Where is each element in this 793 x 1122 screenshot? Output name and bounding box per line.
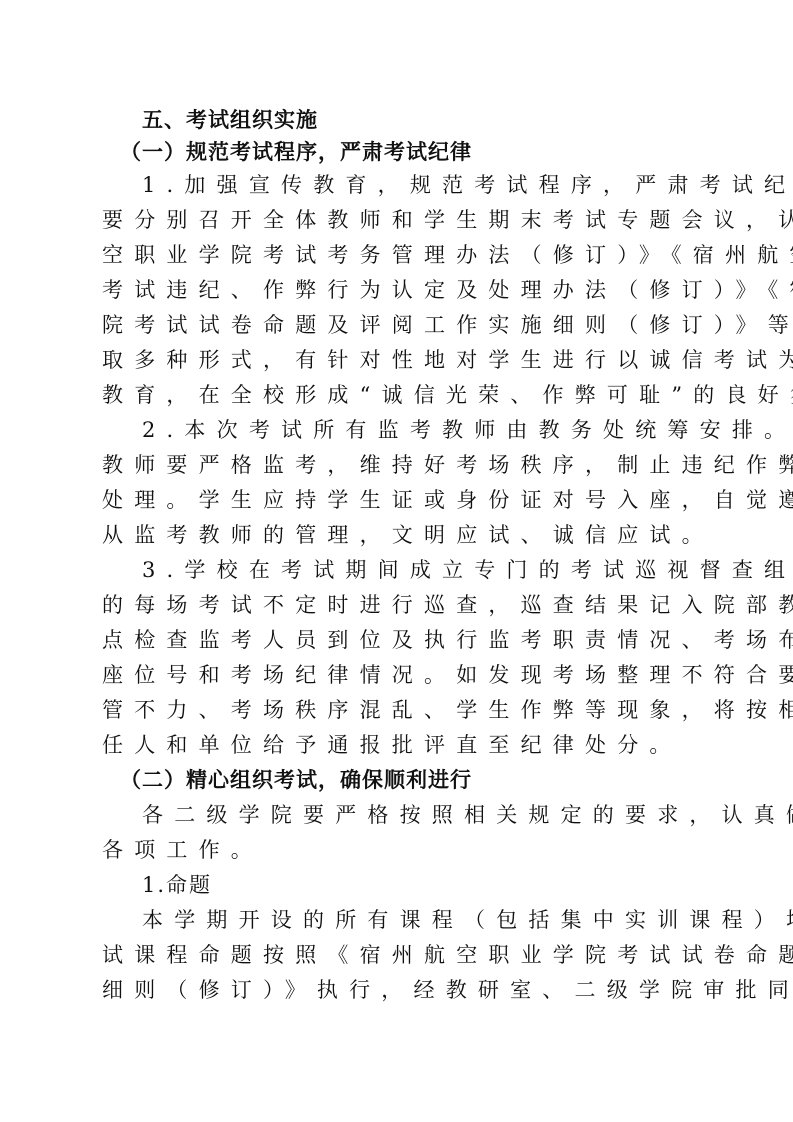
intro-line: 各项工作。	[102, 833, 263, 868]
intro-line: 各二级学院要严格按照相关规定的要求，认真做好期末考试的	[142, 798, 793, 833]
paragraph-3-line: 的每场考试不定时进行巡查，巡查结果记入院部教学质量考评。重	[102, 588, 793, 623]
paragraph-2-line: 2.本次考试所有监考教师由教务处统筹安排。考试期间，监考	[142, 413, 793, 448]
paragraph-1-line: 考试违纪、作弊行为认定及处理办法（修订）》《宿州航空职业学	[102, 273, 793, 308]
section-title: 五、考试组织实施	[142, 103, 318, 138]
paragraph-1-line: 教育，在全校形成“诚信光荣、作弊可耻”的良好氛围。	[102, 378, 793, 413]
paragraph-3-line: 管不力、考场秩序混乱、学生作弊等现象，将按相关规定对相关责	[102, 693, 793, 728]
paragraph-2-line: 处理。学生应持学生证或身份证对号入座，自觉遵守考试纪律，服	[102, 483, 793, 518]
paragraph-2-line: 教师要严格监考，维持好考场秩序，制止违纪作弊现象并及时做出	[102, 448, 793, 483]
paragraph-3-line: 点检查监考人员到位及执行监考职责情况、考场布置情况、是否贴	[102, 623, 793, 658]
item-1-title: 1.命题	[142, 868, 212, 903]
item-1-line: 本学期开设的所有课程（包括集中实训课程）均进行考核。考	[142, 903, 793, 938]
paragraph-1-line: 取多种形式，有针对性地对学生进行以诚信考试为重点的思想道德	[102, 343, 793, 378]
item-1-line: 细则（修订）》执行，经教研室、二级学院审批同意后交教务处。	[102, 973, 793, 1008]
paragraph-3-line: 座位号和考场纪律情况。如发现考场整理不符合要求、监考教师监	[102, 658, 793, 693]
subsection-1-title: （一）规范考试程序，严肃考试纪律	[120, 135, 472, 170]
paragraph-3-line: 3.学校在考试期间成立专门的考试巡视督查组，对各二级学院	[142, 553, 793, 588]
subsection-2-title: （二）精心组织考试，确保顺利进行	[120, 763, 472, 798]
paragraph-1-line: 要分别召开全体教师和学生期末考试专题会议，认真学习《宿州航	[102, 203, 793, 238]
paragraph-1-line: 1.加强宣传教育，规范考试程序，严肃考试纪律。各二级学院	[142, 168, 793, 203]
paragraph-1-line: 空职业学院考试考务管理办法（修订）》《宿州航空职业学院学生	[102, 238, 793, 273]
item-1-line: 试课程命题按照《宿州航空职业学院考试试卷命题及评阅工作实施	[102, 938, 793, 973]
paragraph-1-line: 院考试试卷命题及评阅工作实施细则（修订）》等规章制度。要采	[102, 308, 793, 343]
paragraph-2-line: 从监考教师的管理，文明应试、诚信应试。	[102, 518, 714, 553]
paragraph-3-line: 任人和单位给予通报批评直至纪律处分。	[102, 728, 682, 763]
